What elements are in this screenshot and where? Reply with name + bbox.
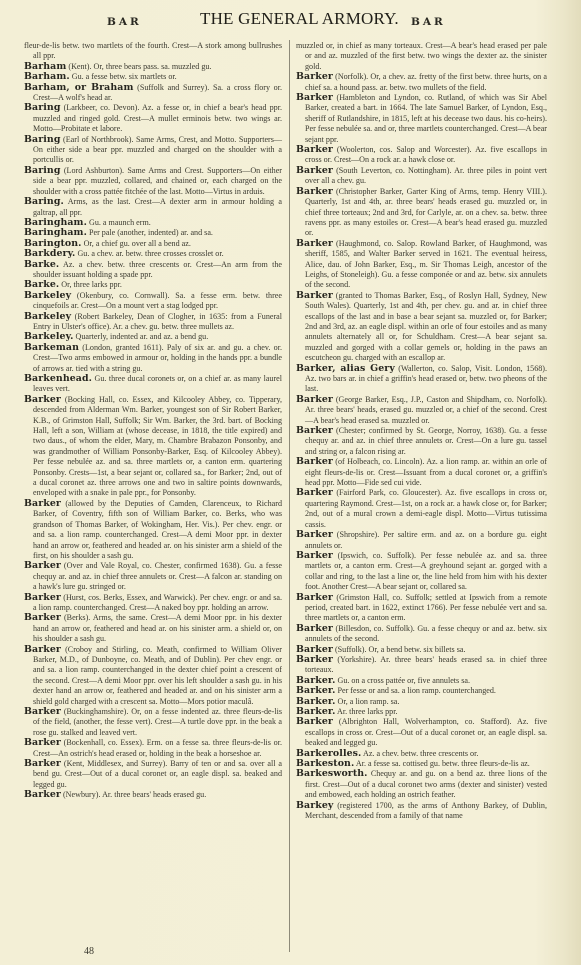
entry-headword: Barker — [296, 290, 333, 301]
entry-blazon: (Yorkshire). Ar. three bears' heads eras… — [305, 655, 547, 674]
entry-headword: Barham. — [24, 71, 70, 82]
entry-blazon: muzzled or, in chief as many torteaux. C… — [296, 41, 547, 71]
armory-entry: Barkeley (Okenbury, co. Cornwall). Sa. a… — [24, 291, 282, 312]
left-guide-word: BAR — [107, 16, 142, 28]
entry-headword: Barker — [296, 238, 333, 249]
entry-blazon: fleur-de-lis betw. two martlets of the f… — [24, 41, 282, 60]
entry-headword: Barkey — [296, 800, 333, 811]
entry-headword: Barker — [296, 92, 333, 103]
entry-headword: Barker — [296, 644, 333, 655]
armory-entry: Barker (Shropshire). Per saltire erm. an… — [296, 530, 547, 551]
entry-headword: Barker — [24, 592, 61, 603]
armory-entry: Barkeman (London, granted 1611). Paly of… — [24, 343, 282, 374]
entry-blazon: (Ipswich, co. Suffolk). Per fesse nebulé… — [305, 551, 547, 591]
armory-entry: Barker (of Holbeach, co. Lincoln). Az. a… — [296, 457, 547, 488]
entry-blazon: (Woolerton, cos. Salop and Worcester). A… — [305, 145, 547, 164]
entry-blazon: (Earl of Northbrook). Same Arms, Crest, … — [33, 135, 282, 165]
entry-blazon: (Robert Barkeley, Dean of Clogher, in 16… — [33, 312, 282, 331]
entry-headword: Barkeley — [24, 290, 71, 301]
entry-blazon: (Kent). Or, three bears pass. sa. muzzle… — [66, 62, 211, 71]
page-number: 48 — [84, 946, 94, 957]
armory-entry: Barker (South Leverton, co. Nottingham).… — [296, 166, 547, 187]
column-divider — [289, 40, 290, 952]
armory-entry: Barham, or Braham (Suffolk and Surrey). … — [24, 83, 282, 104]
armory-entry: Barker (Croboy and Stirling, co. Meath, … — [24, 645, 282, 707]
entry-blazon: (Berks). Arms, the same. Crest—A demi Mo… — [33, 613, 282, 643]
armory-entry: Barker (Hurst, cos. Berks, Essex, and Wa… — [24, 593, 282, 614]
entry-headword: Barkerolles. — [296, 748, 361, 759]
entry-headword: Barke. — [24, 279, 59, 290]
armory-entry: Barkey (registered 1700, as the arms of … — [296, 801, 547, 822]
armory-entry: fleur-de-lis betw. two martlets of the f… — [24, 41, 282, 62]
entry-headword: Baring — [24, 165, 60, 176]
entry-blazon: (Newbury). Ar. three bears' heads erased… — [61, 790, 206, 799]
entry-blazon: Ar. a fesse sa. cottised gu. betw. three… — [354, 759, 529, 768]
armory-entry: Barkenhead. Gu. three ducal coronets or,… — [24, 374, 282, 395]
armory-entry: Baring (Earl of Northbrook). Same Arms, … — [24, 135, 282, 166]
entry-headword: Baring — [24, 102, 60, 113]
entry-headword: Barker — [296, 550, 333, 561]
running-title: THE GENERAL ARMORY. — [200, 9, 399, 29]
armory-entry: Barker (George Barker, Esq., J.P., Casto… — [296, 395, 547, 426]
entry-headword: Barkesworth. — [296, 768, 368, 779]
armory-entry: Barker (Chester; confirmed by St. George… — [296, 426, 547, 457]
entry-headword: Barkeston. — [296, 758, 354, 769]
entry-headword: Barkenhead. — [24, 373, 92, 384]
entry-headword: Barker — [24, 737, 61, 748]
entry-headword: Barker — [296, 394, 333, 405]
entry-headword: Barington. — [24, 238, 82, 249]
entry-headword: Barker — [296, 425, 333, 436]
entry-headword: Barker. — [296, 696, 335, 707]
entry-headword: Barker — [296, 529, 333, 540]
entry-headword: Baring — [24, 134, 60, 145]
entry-blazon: (George Barker, Esq., J.P., Caston and S… — [305, 395, 547, 425]
entry-blazon: (Billesdon, co. Suffolk). Gu. a fesse ch… — [305, 624, 547, 643]
entry-headword: Barkeley — [24, 311, 71, 322]
entry-blazon: (Hurst, cos. Berks, Essex, and Warwick).… — [33, 593, 282, 612]
entry-headword: Baringham. — [24, 217, 87, 228]
armory-entry: Barker (Over and Vale Royal, co. Chester… — [24, 561, 282, 592]
entry-headword: Barker — [24, 560, 61, 571]
entry-blazon: Az. a chev. betw. three crescents or. — [361, 749, 478, 758]
entry-blazon: (Haughmond, co. Salop. Rowland Barker, o… — [305, 239, 547, 290]
armory-entry: Barker (Christopher Barker, Garter King … — [296, 187, 547, 239]
book-page: BAR THE GENERAL ARMORY. BAR fleur-de-lis… — [0, 0, 581, 965]
entry-blazon: (Buckinghamshire). Or, on a fesse indent… — [33, 707, 282, 737]
armory-entry: Barker (granted to Thomas Barker, Esq., … — [296, 291, 547, 364]
entry-blazon: (Over and Vale Royal, co. Chester, confi… — [33, 561, 282, 591]
entry-blazon: (Kent, Middlesex, and Surrey). Barry of … — [33, 759, 282, 789]
entry-headword: Barker — [24, 758, 61, 769]
armory-entry: Baring (Larkbeer, co. Devon). Az. a fess… — [24, 103, 282, 134]
entry-blazon: Quarterly, indented ar. and az. a bend g… — [73, 332, 208, 341]
entry-headword: Barker — [24, 394, 61, 405]
armory-entry: Barke. Az. a chev. betw. three crescents… — [24, 260, 282, 281]
entry-blazon: Or, a lion ramp. sa. — [335, 697, 399, 706]
armory-entry: Barker (Woolerton, cos. Salop and Worces… — [296, 145, 547, 166]
entry-blazon: Per pale (another, indented) ar. and sa. — [87, 228, 213, 237]
entry-blazon: Gu. on a cross pattée or, five annulets … — [335, 676, 470, 685]
entry-blazon: (Suffolk). Or, a bend betw. six billets … — [333, 645, 466, 654]
entry-blazon: (Hambleton and Lyndon, co. Rutland, of w… — [305, 93, 547, 144]
armory-entry: Baring. Arms, as the last. Crest—A dexte… — [24, 197, 282, 218]
entry-headword: Barker — [296, 654, 333, 665]
entry-headword: Barker — [296, 71, 333, 82]
armory-entry: muzzled or, in chief as many torteaux. C… — [296, 41, 547, 72]
entry-blazon: (Grimston Hall, co. Suffolk; settled at … — [305, 593, 547, 623]
entry-headword: Barham — [24, 61, 66, 72]
armory-entry: Barker (Albrighton Hall, Wolverhampton, … — [296, 717, 547, 748]
entry-blazon: (Christopher Barker, Garter King of Arms… — [305, 187, 547, 238]
armory-entry: Barker (Fairford Park, co. Gloucester). … — [296, 488, 547, 530]
armory-entry: Barker (Kent, Middlesex, and Surrey). Ba… — [24, 759, 282, 790]
left-column: fleur-de-lis betw. two martlets of the f… — [24, 41, 282, 801]
entry-headword: Barker. — [296, 706, 335, 717]
entry-blazon: (Chester; confirmed by St. George, Norro… — [305, 426, 547, 456]
armory-entry: Barkdery. Gu. a chev. ar. betw. three cr… — [24, 249, 282, 259]
armory-entry: Barker (Yorkshire). Ar. three bears' hea… — [296, 655, 547, 676]
entry-blazon: Arms, as the last. Crest—A dexter arm in… — [33, 197, 282, 216]
entry-headword: Baringham. — [24, 227, 87, 238]
armory-entry: Barker (Newbury). Ar. three bears' heads… — [24, 790, 282, 800]
entry-blazon: (Norfolk). Or, a chev. az. fretty of the… — [305, 72, 547, 91]
entry-blazon: (Lord Ashburton). Same Arms and Crest. S… — [33, 166, 282, 196]
armory-entry: Barker (allowed by the Deputies of Camde… — [24, 499, 282, 561]
entry-blazon: Or, three larks ppr. — [59, 280, 122, 289]
entry-blazon: (allowed by the Deputies of Camden, Clar… — [33, 499, 282, 560]
entry-headword: Barker — [24, 644, 61, 655]
entry-blazon: Gu. a fesse betw. six martlets or. — [70, 72, 177, 81]
entry-blazon: (South Leverton, co. Nottingham). Ar. th… — [305, 166, 547, 185]
entry-blazon: Az. a chev. betw. three crescents or. Cr… — [33, 260, 282, 279]
entry-headword: Barkeley. — [24, 331, 73, 342]
armory-entry: Barker (Buckinghamshire). Or, on a fesse… — [24, 707, 282, 738]
armory-entry: Barker (Haughmond, co. Salop. Rowland Ba… — [296, 239, 547, 291]
armory-entry: Barker (Bocking Hall, co. Essex, and Kil… — [24, 395, 282, 499]
entry-headword: Barke. — [24, 259, 59, 270]
entry-headword: Barker — [24, 498, 61, 509]
armory-entry: Barker (Grimston Hall, co. Suffolk; sett… — [296, 593, 547, 624]
entry-headword: Barker — [296, 186, 333, 197]
entry-blazon: (Shropshire). Per saltire erm. and az. o… — [305, 530, 547, 549]
entry-blazon: Ar. three larks ppr. — [335, 707, 397, 716]
armory-entry: Barker. Ar. three larks ppr. — [296, 707, 547, 717]
entry-headword: Baring. — [24, 196, 64, 207]
entry-blazon: (of Holbeach, co. Lincoln). Az. a lion r… — [305, 457, 547, 487]
armory-entry: Barker, alias Gery (Wallerton, co. Salop… — [296, 364, 547, 395]
entry-blazon: (Bocking Hall, co. Essex, and Kilcooley … — [33, 395, 282, 498]
entry-headword: Barker. — [296, 685, 335, 696]
armory-entry: Barker (Hambleton and Lyndon, co. Rutlan… — [296, 93, 547, 145]
entry-headword: Barker — [296, 456, 333, 467]
armory-entry: Barker (Ipswich, co. Suffolk). Per fesse… — [296, 551, 547, 593]
right-column: muzzled or, in chief as many torteaux. C… — [296, 41, 547, 821]
entry-headword: Barker, alias Gery — [296, 363, 395, 374]
entry-headword: Barker. — [296, 675, 335, 686]
entry-blazon: (Croboy and Stirling, co. Meath, confirm… — [33, 645, 282, 706]
entry-headword: Barkeman — [24, 342, 79, 353]
entry-blazon: (registered 1700, as the arms of Anthony… — [305, 801, 547, 820]
entry-headword: Barkdery. — [24, 248, 75, 259]
page-header: BAR THE GENERAL ARMORY. BAR — [0, 8, 581, 32]
entry-headword: Barker — [24, 789, 61, 800]
armory-entry: Barker (Billesdon, co. Suffolk). Gu. a f… — [296, 624, 547, 645]
armory-entry: Barker (Suffolk). Or, a bend betw. six b… — [296, 645, 547, 655]
armory-entry: Barker (Bockenhall, co. Essex). Erm. on … — [24, 738, 282, 759]
armory-entry: Barkeley (Robert Barkeley, Dean of Clogh… — [24, 312, 282, 333]
entry-blazon: Or, a chief gu. over all a bend az. — [82, 239, 191, 248]
entry-headword: Barker — [296, 592, 333, 603]
entry-headword: Barker — [296, 487, 333, 498]
armory-entry: Barkesworth. Chequy ar. and gu. on a ben… — [296, 769, 547, 800]
entry-blazon: (Larkbeer, co. Devon). Az. a fesse or, i… — [33, 103, 282, 133]
entry-blazon: Gu. a chev. ar. betw. three crosses cros… — [75, 249, 223, 258]
entry-headword: Barham, or Braham — [24, 82, 133, 93]
entry-blazon: (Bockenhall, co. Essex). Erm. on a fesse… — [33, 738, 282, 757]
armory-entry: Baring (Lord Ashburton). Same Arms and C… — [24, 166, 282, 197]
right-guide-word: BAR — [411, 16, 446, 28]
armory-entry: Barker (Berks). Arms, the same. Crest—A … — [24, 613, 282, 644]
entry-blazon: (granted to Thomas Barker, Esq., of Rosl… — [305, 291, 547, 362]
entry-blazon: (Albrighton Hall, Wolverhampton, co. Sta… — [305, 717, 547, 747]
entry-headword: Barker — [296, 716, 333, 727]
entry-headword: Barker — [24, 706, 61, 717]
entry-blazon: Per fesse or and sa. a lion ramp. counte… — [335, 686, 495, 695]
armory-entry: Barker (Norfolk). Or, a chev. az. fretty… — [296, 72, 547, 93]
entry-headword: Barker — [296, 144, 333, 155]
entry-blazon: (Fairford Park, co. Gloucester). Az. fiv… — [305, 488, 547, 528]
entry-blazon: Gu. a maunch erm. — [87, 218, 151, 227]
entry-blazon: (Okenbury, co. Cornwall). Sa. a fesse er… — [33, 291, 282, 310]
entry-headword: Barker — [296, 623, 333, 634]
entry-headword: Barker — [296, 165, 333, 176]
entry-headword: Barker — [24, 612, 61, 623]
